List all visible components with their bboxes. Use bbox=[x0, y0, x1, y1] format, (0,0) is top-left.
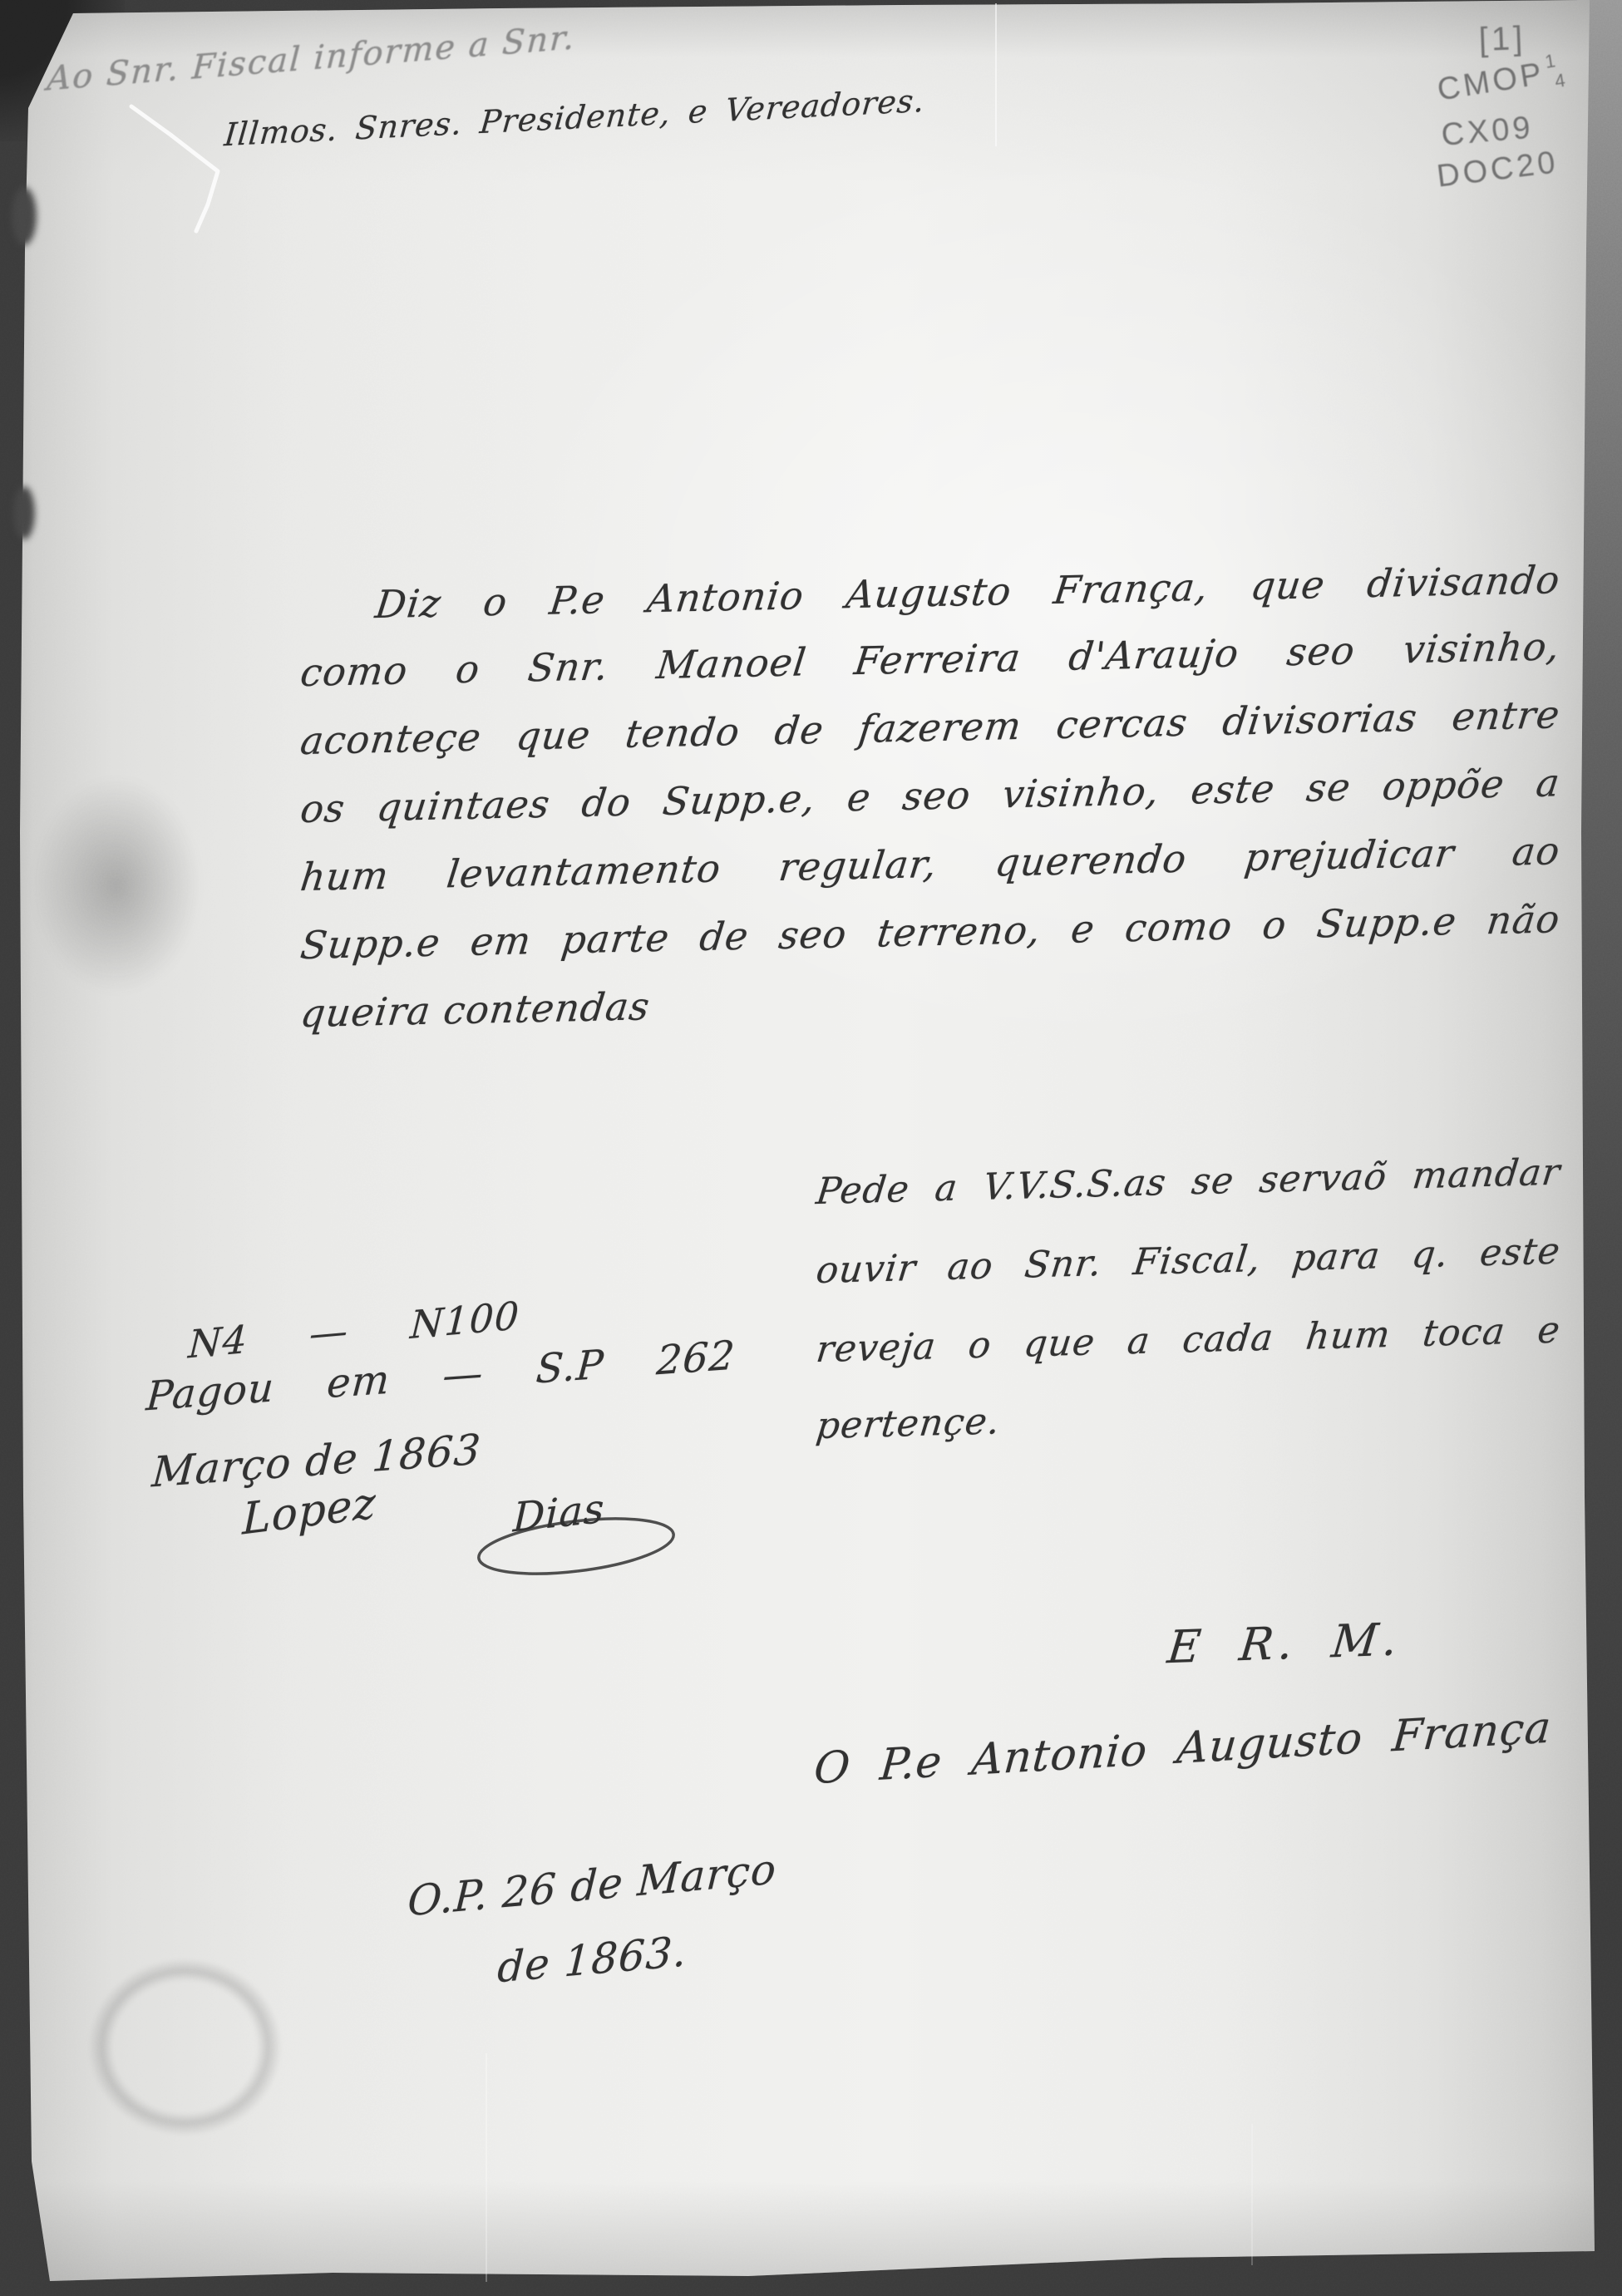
courtesy-formula: E R. M. bbox=[1165, 1613, 1405, 1673]
archive-page-number: [1] bbox=[1478, 20, 1526, 59]
petition-line-4: pertençe. bbox=[814, 1400, 1003, 1447]
body-line-7: queira contendas bbox=[298, 983, 653, 1036]
crease-line-top bbox=[995, 3, 997, 146]
crease-line-bottom-left bbox=[486, 2053, 487, 2282]
ring-stain bbox=[87, 1958, 283, 2136]
crease-line-bottom-right bbox=[1251, 2124, 1253, 2265]
archive-fund-sub: 4 bbox=[1554, 71, 1570, 89]
edge-stain bbox=[13, 486, 35, 540]
rubric-signature: Dias bbox=[512, 1485, 605, 1541]
archive-fund-sup: 1 bbox=[1544, 52, 1560, 70]
document-scan: [1] CMOP14 CX09 DOC20 Ao Snr. Fiscal inf… bbox=[0, 0, 1622, 2296]
paper-sheet bbox=[0, 0, 1622, 2296]
ink-smudge-stain bbox=[29, 773, 204, 998]
edge-stain bbox=[12, 187, 37, 245]
